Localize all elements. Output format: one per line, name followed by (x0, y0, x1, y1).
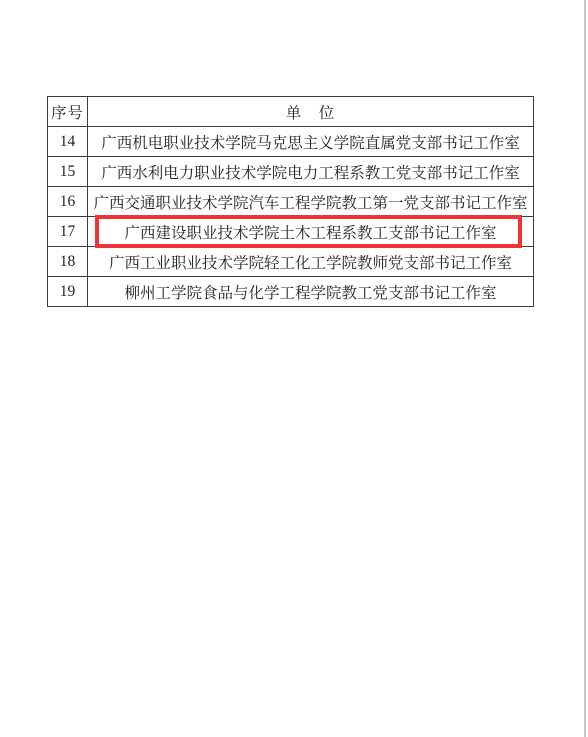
unit-cell: 广西水利电力职业技术学院电力工程系教工党支部书记工作室 (88, 157, 534, 187)
unit-text: 广西建设职业技术学院土木工程系教工支部书记工作室 (124, 225, 496, 242)
document-page: 序号 单 位 14广西机电职业技术学院马克思主义学院直属党支部书记工作室15广西… (0, 0, 588, 737)
row-number-cell: 15 (48, 157, 88, 187)
unit-cell: 广西工业职业技术学院轻工化工学院教师党支部书记工作室 (88, 247, 534, 277)
table-header-row: 序号 单 位 (48, 97, 534, 127)
table-row: 17广西建设职业技术学院土木工程系教工支部书记工作室 (48, 217, 534, 247)
unit-cell: 柳州工学院食品与化学工程学院教工党支部书记工作室 (88, 277, 534, 307)
table-body: 14广西机电职业技术学院马克思主义学院直属党支部书记工作室15广西水利电力职业技… (48, 127, 534, 307)
unit-table: 序号 单 位 14广西机电职业技术学院马克思主义学院直属党支部书记工作室15广西… (47, 96, 534, 307)
row-number-cell: 18 (48, 247, 88, 277)
unit-cell: 广西建设职业技术学院土木工程系教工支部书记工作室 (88, 217, 534, 247)
row-number-cell: 16 (48, 187, 88, 217)
row-number-cell: 19 (48, 277, 88, 307)
unit-text: 广西工业职业技术学院轻工化工学院教师党支部书记工作室 (109, 255, 512, 272)
table-row: 19柳州工学院食品与化学工程学院教工党支部书记工作室 (48, 277, 534, 307)
header-serial-number: 序号 (48, 97, 88, 127)
unit-cell: 广西交通职业技术学院汽车工程学院教工第一党支部书记工作室 (88, 187, 534, 217)
unit-text: 广西水利电力职业技术学院电力工程系教工党支部书记工作室 (101, 165, 520, 182)
unit-text: 广西机电职业技术学院马克思主义学院直属党支部书记工作室 (101, 135, 520, 152)
row-number-cell: 17 (48, 217, 88, 247)
unit-text: 柳州工学院食品与化学工程学院教工党支部书记工作室 (124, 285, 496, 302)
page-edge-line (584, 0, 586, 737)
table-row: 18广西工业职业技术学院轻工化工学院教师党支部书记工作室 (48, 247, 534, 277)
table-row: 16广西交通职业技术学院汽车工程学院教工第一党支部书记工作室 (48, 187, 534, 217)
table-row: 15广西水利电力职业技术学院电力工程系教工党支部书记工作室 (48, 157, 534, 187)
header-unit: 单 位 (88, 97, 534, 127)
unit-cell: 广西机电职业技术学院马克思主义学院直属党支部书记工作室 (88, 127, 534, 157)
unit-text: 广西交通职业技术学院汽车工程学院教工第一党支部书记工作室 (93, 195, 527, 212)
table-row: 14广西机电职业技术学院马克思主义学院直属党支部书记工作室 (48, 127, 534, 157)
row-number-cell: 14 (48, 127, 88, 157)
